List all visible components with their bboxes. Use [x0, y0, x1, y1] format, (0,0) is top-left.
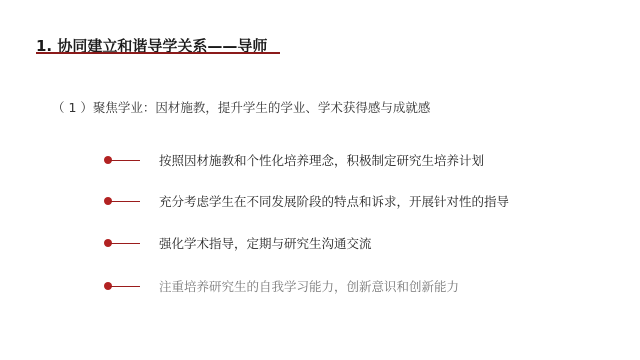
- bullet-icon: [104, 155, 142, 165]
- section-subtitle: （ 1 ）聚焦学业：因材施教，提升学生的学业、学术获得感与成就感: [52, 98, 430, 116]
- list-item: 充分考虑学生在不同发展阶段的特点和诉求，开展针对性的指导: [104, 193, 509, 209]
- list-item-text: 按照因材施教和个性化培养理念，积极制定研究生培养计划: [159, 151, 484, 169]
- list-item-text: 注重培养研究生的自我学习能力，创新意识和创新能力: [159, 277, 459, 295]
- list-item: 按照因材施教和个性化培养理念，积极制定研究生培养计划: [104, 152, 484, 168]
- bullet-icon: [104, 196, 142, 206]
- list-item-text: 强化学术指导，定期与研究生沟通交流: [159, 234, 372, 252]
- bullet-icon: [104, 238, 142, 248]
- list-item-text: 充分考虑学生在不同发展阶段的特点和诉求，开展针对性的指导: [159, 192, 509, 210]
- title-underline: [36, 52, 280, 54]
- bullet-icon: [104, 281, 142, 291]
- list-item: 强化学术指导，定期与研究生沟通交流: [104, 235, 372, 251]
- list-item: 注重培养研究生的自我学习能力，创新意识和创新能力: [104, 278, 459, 294]
